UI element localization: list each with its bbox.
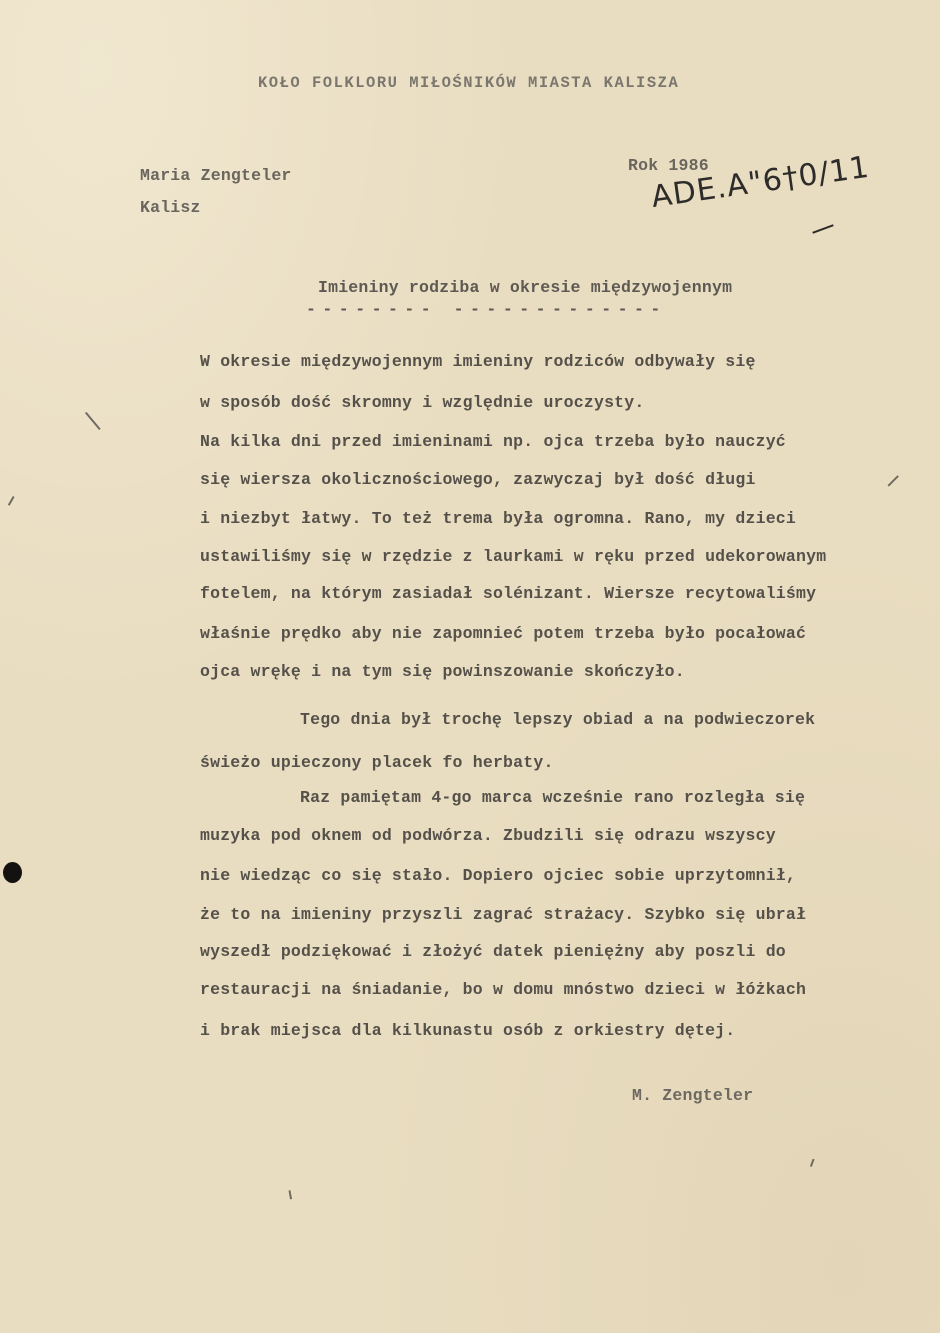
body-line: w sposób dość skromny i względnie uroczy… — [200, 393, 644, 412]
document-title: Imieniny rodziba w okresie międzywojenny… — [318, 278, 732, 297]
author-city: Kalisz — [140, 198, 201, 217]
body-line: restauracji na śniadanie, bo w domu mnós… — [200, 980, 806, 999]
body-line: się wiersza okolicznościowego, zazwyczaj… — [200, 470, 756, 489]
pencil-mark — [289, 1190, 292, 1199]
document-page: KOŁO FOLKLORU MIŁOŚNIKÓW MIASTA KALISZA … — [0, 0, 940, 1333]
author-name: Maria Zengteler — [140, 166, 292, 185]
body-line: ojca wrękę i na tym się powinszowanie sk… — [200, 662, 685, 681]
body-line: muzyka pod oknem od podwórza. Zbudzili s… — [200, 826, 776, 845]
punch-hole — [3, 862, 22, 883]
body-line: Na kilka dni przed imieninami np. ojca t… — [200, 432, 786, 451]
body-line: fotelem, na którym zasiadał solénizant. … — [200, 584, 816, 603]
pencil-mark — [888, 475, 899, 486]
body-line: W okresie międzywojennym imieniny rodzic… — [200, 352, 756, 371]
body-line: i brak miejsca dla kilkunastu osób z ork… — [200, 1021, 735, 1040]
body-line: Tego dnia był trochę lepszy obiad a na p… — [300, 710, 815, 729]
closing-signature: M. Zengteler — [632, 1086, 753, 1105]
pencil-mark — [85, 412, 100, 430]
body-line: i niezbyt łatwy. To też trema była ogrom… — [200, 509, 796, 528]
body-line: wyszedł podziękować i złożyć datek pieni… — [200, 942, 786, 961]
title-underline: -------- ------------- — [306, 300, 667, 319]
body-line: nie wiedząc co się stało. Dopiero ojciec… — [200, 866, 796, 885]
body-line: że to na imieniny przyszli zagrać straża… — [200, 905, 806, 924]
body-line: ustawiliśmy się w rzędzie z laurkami w r… — [200, 547, 826, 566]
body-line: właśnie prędko aby nie zapomnieć potem t… — [200, 624, 806, 643]
year-label: Rok 1986 — [628, 156, 709, 175]
body-line: świeżo upieczony placek fo herbaty. — [200, 753, 554, 772]
handwritten-tick-mark — [812, 224, 833, 233]
pencil-mark — [8, 496, 14, 505]
pencil-mark — [810, 1159, 814, 1167]
body-line: Raz pamiętam 4-go marca wcześnie rano ro… — [300, 788, 805, 807]
organization-header: KOŁO FOLKLORU MIŁOŚNIKÓW MIASTA KALISZA — [258, 74, 679, 92]
